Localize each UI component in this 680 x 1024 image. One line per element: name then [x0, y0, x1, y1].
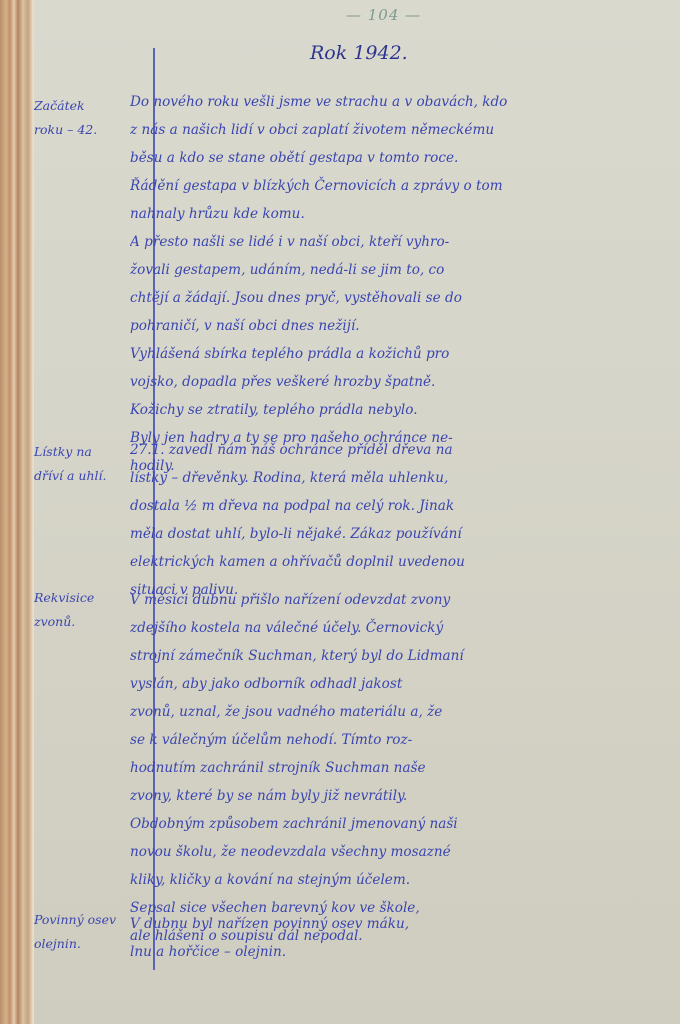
page-number: — 104 —: [346, 6, 421, 24]
text-line: kliky, kličky a kování na stejným účelem…: [130, 866, 678, 894]
text-line: běsu a kdo se stane obětí gestapa v tomt…: [130, 144, 678, 172]
text-line: nahnaly hrůzu kde komu.: [130, 200, 678, 228]
text-line: lnu a hořčice – olejnin.: [130, 938, 678, 966]
ledger-page: — 104 — Rok 1942. Začátek roku – 42. Do …: [34, 0, 680, 1024]
text-line: vojsko, dopadla přes veškeré hrozby špat…: [130, 368, 678, 396]
entry-zacatek-roku: Do nového roku vešli jsme ve strachu a v…: [130, 88, 678, 480]
text-line: pohraničí, v naší obci dnes nežijí.: [130, 312, 678, 340]
text-line: elektrických kamen a ohřívačů doplnil uv…: [130, 548, 678, 576]
text-line: hodnutím zachránil strojník Suchman naše: [130, 754, 678, 782]
text-line: Do nového roku vešli jsme ve strachu a v…: [130, 88, 678, 116]
text-line: V měsíci dubnu přišlo nařízení odevzdat …: [130, 586, 678, 614]
text-line: lístky – dřevěnky. Rodina, která měla uh…: [130, 464, 678, 492]
text-line: zdejšího kostela na válečné účely. Černo…: [130, 614, 678, 642]
text-line: strojní zámečník Suchman, který byl do L…: [130, 642, 678, 670]
text-line: V dubnu byl nařízen povinný osev máku,: [130, 910, 678, 938]
text-line: Řádění gestapa v blízkých Černovicích a …: [130, 172, 678, 200]
entry-rekvisice: V měsíci dubnu přišlo nařízení odevzdat …: [130, 586, 678, 950]
text-line: vyslán, aby jako odborník odhadl jakost: [130, 670, 678, 698]
text-line: žovali gestapem, udáním, nedá-li se jim …: [130, 256, 678, 284]
text-line: Kožichy se ztratily, teplého prádla neby…: [130, 396, 678, 424]
text-line: zvony, které by se nám byly již nevrátil…: [130, 782, 678, 810]
text-line: měla dostat uhlí, bylo-li nějaké. Zákaz …: [130, 520, 678, 548]
text-line: z nás a našich lidí v obci zaplatí život…: [130, 116, 678, 144]
page-title: Rok 1942.: [310, 42, 408, 64]
text-line: A přesto našli se lidé i v naší obci, kt…: [130, 228, 678, 256]
entry-osev: V dubnu byl nařízen povinný osev máku, l…: [130, 910, 678, 966]
text-line: dostala ½ m dřeva na podpal na celý rok.…: [130, 492, 678, 520]
text-line: Vyhlášená sbírka teplého prádla a kožich…: [130, 340, 678, 368]
text-line: chtějí a žádají. Jsou dnes pryč, vystěho…: [130, 284, 678, 312]
text-line: se k válečným účelům nehodí. Tímto roz-: [130, 726, 678, 754]
text-line: novou školu, že neodevzdala všechny mosa…: [130, 838, 678, 866]
entry-listky: 27.1. zavedl nám náš ochránce příděl dře…: [130, 436, 678, 604]
text-line: 27.1. zavedl nám náš ochránce příděl dře…: [130, 436, 678, 464]
text-line: Obdobným způsobem zachránil jmenovaný na…: [130, 810, 678, 838]
text-line: zvonů, uznal, že jsou vadného materiálu …: [130, 698, 678, 726]
book-binding: [0, 0, 34, 1024]
